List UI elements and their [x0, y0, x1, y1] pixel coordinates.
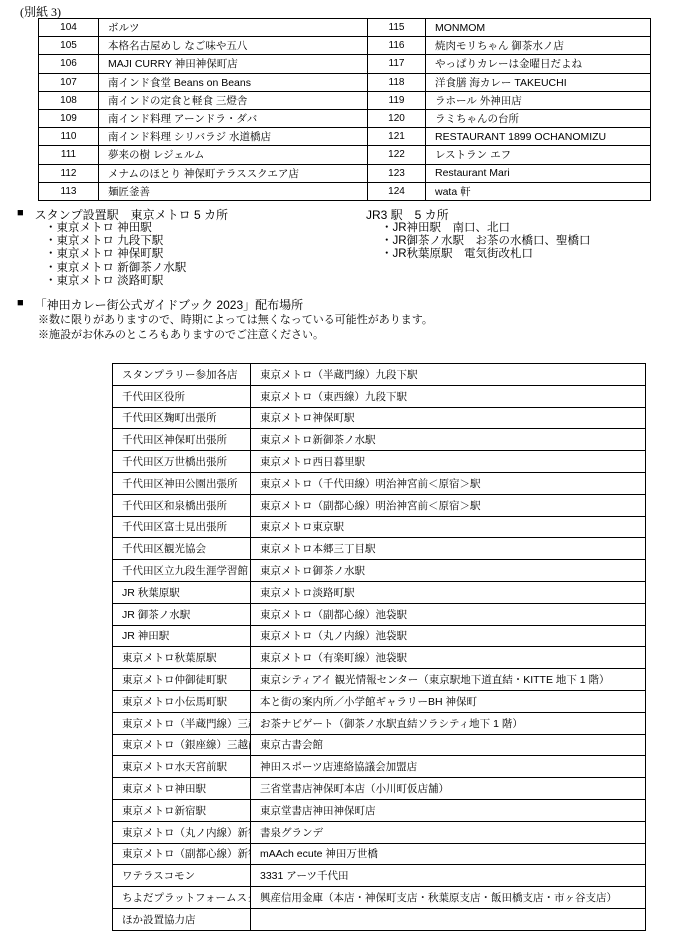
- distribution-pickup-point: 三省堂書店神保町本店（小川町仮店舗）: [251, 778, 646, 800]
- distribution-table-row: 東京メトロ神田駅三省堂書店神保町本店（小川町仮店舗）: [113, 778, 646, 800]
- distribution-location: 東京メトロ秋葉原駅: [113, 647, 251, 669]
- station-list-item: ・東京メトロ 神田駅: [45, 222, 186, 235]
- shop-number: 115: [368, 19, 426, 37]
- shop-name: 夢来の樹 レジェルム: [99, 146, 368, 164]
- shop-number: 120: [368, 109, 426, 127]
- shop-number: 124: [368, 182, 426, 200]
- shop-table-row: 105本格名古屋めし なご味や五八116焼肉モリちゃん 御茶水ノ店: [39, 37, 651, 55]
- distribution-table-row: 千代田区立九段生涯学習館東京メトロ御茶ノ水駅: [113, 560, 646, 582]
- square-bullet-icon: ■: [17, 206, 24, 223]
- distribution-pickup-point: [251, 908, 646, 930]
- distribution-pickup-point: 東京メトロ本郷三丁目駅: [251, 538, 646, 560]
- distribution-table-row: 東京メトロ仲御徒町駅東京シティアイ 観光情報センター（東京駅地下道直結・KITT…: [113, 669, 646, 691]
- distribution-location: 千代田区麹町出張所: [113, 407, 251, 429]
- shop-name: 南インド料理 アーンドラ・ダバ: [99, 109, 368, 127]
- shop-name: wata 軒: [426, 182, 651, 200]
- shop-number: 105: [39, 37, 99, 55]
- distribution-table-row: JR 神田駅東京メトロ（丸ノ内線）池袋駅: [113, 625, 646, 647]
- shop-name: MONMOM: [426, 19, 651, 37]
- shop-table-row: 111夢来の樹 レジェルム122レストラン エフ: [39, 146, 651, 164]
- distribution-table-row: 千代田区役所東京メトロ（東西線）九段下駅: [113, 385, 646, 407]
- distribution-location: 千代田区役所: [113, 385, 251, 407]
- shop-name: レストラン エフ: [426, 146, 651, 164]
- distribution-pickup-point: 東京メトロ（半蔵門線）九段下駅: [251, 364, 646, 386]
- station-list-item: ・東京メトロ 九段下駅: [45, 235, 186, 248]
- distribution-pickup-point: 興産信用金庫（本店・神保町支店・秋葉原支店・飯田橋支店・市ヶ谷支店）: [251, 887, 646, 909]
- distribution-pickup-point: 東京メトロ東京駅: [251, 516, 646, 538]
- jr-station-list: ・JR神田駅 南口、北口・JR御茶ノ水駅 お茶の水橋口、聖橋口・JR秋葉原駅 電…: [381, 222, 591, 262]
- distribution-location: 千代田区立九段生涯学習館: [113, 560, 251, 582]
- distribution-table-row: 東京メトロ小伝馬町駅本と街の案内所／小学館ギャラリーBH 神保町: [113, 690, 646, 712]
- shop-number: 113: [39, 182, 99, 200]
- distribution-location: 東京メトロ仲御徒町駅: [113, 669, 251, 691]
- stamp-section-heading: スタンプ設置駅 東京メトロ 5 カ所: [35, 206, 228, 223]
- distribution-location: ワテラスコモン: [113, 865, 251, 887]
- shop-name: ラミちゃんの台所: [426, 109, 651, 127]
- shop-number: 108: [39, 91, 99, 109]
- distribution-location: 千代田区神保町出張所: [113, 429, 251, 451]
- distribution-pickup-point: 東京メトロ神保町駅: [251, 407, 646, 429]
- shop-number: 111: [39, 146, 99, 164]
- distribution-pickup-point: 東京メトロ（副都心線）明治神宮前＜原宿＞駅: [251, 494, 646, 516]
- distribution-table-row: ワテラスコモン3331 アーツ千代田: [113, 865, 646, 887]
- shop-number: 122: [368, 146, 426, 164]
- distribution-pickup-point: 東京メトロ（副都心線）池袋駅: [251, 603, 646, 625]
- station-list-item: ・JR神田駅 南口、北口: [381, 222, 591, 235]
- shop-name: 洋食膳 海カレー TAKEUCHI: [426, 73, 651, 91]
- distribution-pickup-point: 東京メトロ（千代田線）明治神宮前＜原宿＞駅: [251, 472, 646, 494]
- distribution-pickup-point: 書泉グランデ: [251, 821, 646, 843]
- shop-number: 110: [39, 128, 99, 146]
- distribution-pickup-point: 東京メトロ淡路町駅: [251, 581, 646, 603]
- distribution-table-row: 千代田区富士見出張所東京メトロ東京駅: [113, 516, 646, 538]
- metro-station-list: ・東京メトロ 神田駅・東京メトロ 九段下駅・東京メトロ 神保町駅・東京メトロ 新…: [45, 222, 186, 288]
- shop-table-row: 113麺匠釜善124wata 軒: [39, 182, 651, 200]
- station-list-item: ・東京メトロ 淡路町駅: [45, 275, 186, 288]
- distribution-location: 千代田区神田公園出張所: [113, 472, 251, 494]
- shop-number: 121: [368, 128, 426, 146]
- shop-number: 106: [39, 55, 99, 73]
- shop-name: 本格名古屋めし なご味や五八: [99, 37, 368, 55]
- distribution-location: JR 神田駅: [113, 625, 251, 647]
- guidebook-note: ※数に限りがありますので、時期によっては無くなっている可能性があります。: [38, 311, 433, 327]
- shop-table-row: 112メナムのほとり 神保町テラススクエア店123Restaurant Mari: [39, 164, 651, 182]
- distribution-pickup-point: 東京堂書店神田神保町店: [251, 799, 646, 821]
- distribution-pickup-point: 東京古書会館: [251, 734, 646, 756]
- distribution-location: 東京メトロ（半蔵門線）三越前駅: [113, 712, 251, 734]
- distribution-location: ほか設置協力店: [113, 908, 251, 930]
- shop-name: やっぱりカレーは金曜日だよね: [426, 55, 651, 73]
- shop-table-row: 106MAJI CURRY 神田神保町店117やっぱりカレーは金曜日だよね: [39, 55, 651, 73]
- shop-name: 焼肉モリちゃん 御茶水ノ店: [426, 37, 651, 55]
- distribution-pickup-point: 3331 アーツ千代田: [251, 865, 646, 887]
- shop-name: 麺匠釜善: [99, 182, 368, 200]
- shop-number: 123: [368, 164, 426, 182]
- shop-name: Restaurant Mari: [426, 164, 651, 182]
- station-list-item: ・東京メトロ 新御茶ノ水駅: [45, 262, 186, 275]
- shop-number: 116: [368, 37, 426, 55]
- distribution-location: 千代田区万世橋出張所: [113, 451, 251, 473]
- distribution-location: 千代田区観光協会: [113, 538, 251, 560]
- distribution-location: 東京メトロ（副都心線）新宿三丁目駅: [113, 843, 251, 865]
- distribution-table-row: 千代田区観光協会東京メトロ本郷三丁目駅: [113, 538, 646, 560]
- distribution-table-row: 千代田区神保町出張所東京メトロ新御茶ノ水駅: [113, 429, 646, 451]
- distribution-pickup-point: お茶ナビゲート（御茶ノ水駅直結ソラシティ地下 1 階）: [251, 712, 646, 734]
- distribution-location: スタンプラリー参加各店: [113, 364, 251, 386]
- distribution-location: ちよだプラットフォームスクウェア: [113, 887, 251, 909]
- distribution-pickup-point: 東京メトロ西日暮里駅: [251, 451, 646, 473]
- distribution-location: 東京メトロ水天宮前駅: [113, 756, 251, 778]
- station-list-item: ・東京メトロ 神保町駅: [45, 248, 186, 261]
- shop-list-table: 104ボルツ115MONMOM105本格名古屋めし なご味や五八116焼肉モリち…: [38, 18, 651, 201]
- station-list-item: ・JR御茶ノ水駅 お茶の水橋口、聖橋口: [381, 235, 591, 248]
- distribution-table-row: 千代田区和泉橋出張所東京メトロ（副都心線）明治神宮前＜原宿＞駅: [113, 494, 646, 516]
- distribution-table-row: 千代田区麹町出張所東京メトロ神保町駅: [113, 407, 646, 429]
- distribution-pickup-point: 東京シティアイ 観光情報センター（東京駅地下道直結・KITTE 地下 1 階）: [251, 669, 646, 691]
- stamp-section-heading-row: ■ スタンプ設置駅 東京メトロ 5 カ所: [17, 206, 228, 223]
- distribution-table-row: 東京メトロ新宿駅東京堂書店神田神保町店: [113, 799, 646, 821]
- distribution-table-row: スタンプラリー参加各店東京メトロ（半蔵門線）九段下駅: [113, 364, 646, 386]
- shop-name: 南インドの定食と軽食 三燈舎: [99, 91, 368, 109]
- distribution-pickup-point: 東京メトロ（有楽町線）池袋駅: [251, 647, 646, 669]
- shop-table-row: 109南インド料理 アーンドラ・ダバ120ラミちゃんの台所: [39, 109, 651, 127]
- distribution-pickup-point: 東京メトロ御茶ノ水駅: [251, 560, 646, 582]
- shop-name: RESTAURANT 1899 OCHANOMIZU: [426, 128, 651, 146]
- distribution-table-row: 東京メトロ（副都心線）新宿三丁目駅mAAch ecute 神田万世橋: [113, 843, 646, 865]
- shop-name: 南インド料理 シリバラジ 水道橋店: [99, 128, 368, 146]
- distribution-table-row: JR 御茶ノ水駅東京メトロ（副都心線）池袋駅: [113, 603, 646, 625]
- distribution-table-row: 東京メトロ秋葉原駅東京メトロ（有楽町線）池袋駅: [113, 647, 646, 669]
- shop-number: 107: [39, 73, 99, 91]
- distribution-table-row: 東京メトロ（半蔵門線）三越前駅お茶ナビゲート（御茶ノ水駅直結ソラシティ地下 1 …: [113, 712, 646, 734]
- shop-number: 118: [368, 73, 426, 91]
- shop-name: メナムのほとり 神保町テラススクエア店: [99, 164, 368, 182]
- shop-number: 104: [39, 19, 99, 37]
- distribution-table-row: ほか設置協力店: [113, 908, 646, 930]
- distribution-pickup-point: 本と街の案内所／小学館ギャラリーBH 神保町: [251, 690, 646, 712]
- shop-name: ボルツ: [99, 19, 368, 37]
- distribution-pickup-point: 東京メトロ新御茶ノ水駅: [251, 429, 646, 451]
- shop-table-row: 107南インド食堂 Beans on Beans118洋食膳 海カレー TAKE…: [39, 73, 651, 91]
- shop-name: ラホール 外神田店: [426, 91, 651, 109]
- distribution-table-row: 東京メトロ水天宮前駅神田スポーツ店連絡協議会加盟店: [113, 756, 646, 778]
- distribution-pickup-point: mAAch ecute 神田万世橋: [251, 843, 646, 865]
- shop-number: 112: [39, 164, 99, 182]
- distribution-table-row: 千代田区神田公園出張所東京メトロ（千代田線）明治神宮前＜原宿＞駅: [113, 472, 646, 494]
- distribution-table-row: 東京メトロ（銀座線）三越前駅東京古書会館: [113, 734, 646, 756]
- distribution-location: JR 秋葉原駅: [113, 581, 251, 603]
- guidebook-note: ※施設がお休みのところもありますのでご注意ください。: [38, 326, 324, 342]
- shop-number: 119: [368, 91, 426, 109]
- distribution-location: 千代田区富士見出張所: [113, 516, 251, 538]
- distribution-location: 東京メトロ小伝馬町駅: [113, 690, 251, 712]
- shop-table-row: 104ボルツ115MONMOM: [39, 19, 651, 37]
- distribution-location: 東京メトロ（丸ノ内線）新宿三丁目駅: [113, 821, 251, 843]
- distribution-table-row: JR 秋葉原駅東京メトロ淡路町駅: [113, 581, 646, 603]
- distribution-table-row: 千代田区万世橋出張所東京メトロ西日暮里駅: [113, 451, 646, 473]
- distribution-location: 千代田区和泉橋出張所: [113, 494, 251, 516]
- distribution-location-table: スタンプラリー参加各店東京メトロ（半蔵門線）九段下駅千代田区役所東京メトロ（東西…: [112, 363, 646, 931]
- shop-table-row: 110南インド料理 シリバラジ 水道橋店121RESTAURANT 1899 O…: [39, 128, 651, 146]
- distribution-location: JR 御茶ノ水駅: [113, 603, 251, 625]
- document-page: (別紙 3) 104ボルツ115MONMOM105本格名古屋めし なご味や五八1…: [0, 0, 677, 940]
- distribution-table-row: 東京メトロ（丸ノ内線）新宿三丁目駅書泉グランデ: [113, 821, 646, 843]
- distribution-pickup-point: 東京メトロ（丸ノ内線）池袋駅: [251, 625, 646, 647]
- shop-table-row: 108南インドの定食と軽食 三燈舎119ラホール 外神田店: [39, 91, 651, 109]
- distribution-pickup-point: 東京メトロ（東西線）九段下駅: [251, 385, 646, 407]
- shop-name: MAJI CURRY 神田神保町店: [99, 55, 368, 73]
- square-bullet-icon: ■: [17, 296, 24, 313]
- shop-number: 117: [368, 55, 426, 73]
- distribution-location: 東京メトロ（銀座線）三越前駅: [113, 734, 251, 756]
- distribution-location: 東京メトロ新宿駅: [113, 799, 251, 821]
- jr-section-heading: JR3 駅 5 カ所: [366, 206, 449, 223]
- shop-name: 南インド食堂 Beans on Beans: [99, 73, 368, 91]
- distribution-pickup-point: 神田スポーツ店連絡協議会加盟店: [251, 756, 646, 778]
- distribution-location: 東京メトロ神田駅: [113, 778, 251, 800]
- distribution-table-row: ちよだプラットフォームスクウェア興産信用金庫（本店・神保町支店・秋葉原支店・飯田…: [113, 887, 646, 909]
- station-list-item: ・JR秋葉原駅 電気街改札口: [381, 248, 591, 261]
- shop-number: 109: [39, 109, 99, 127]
